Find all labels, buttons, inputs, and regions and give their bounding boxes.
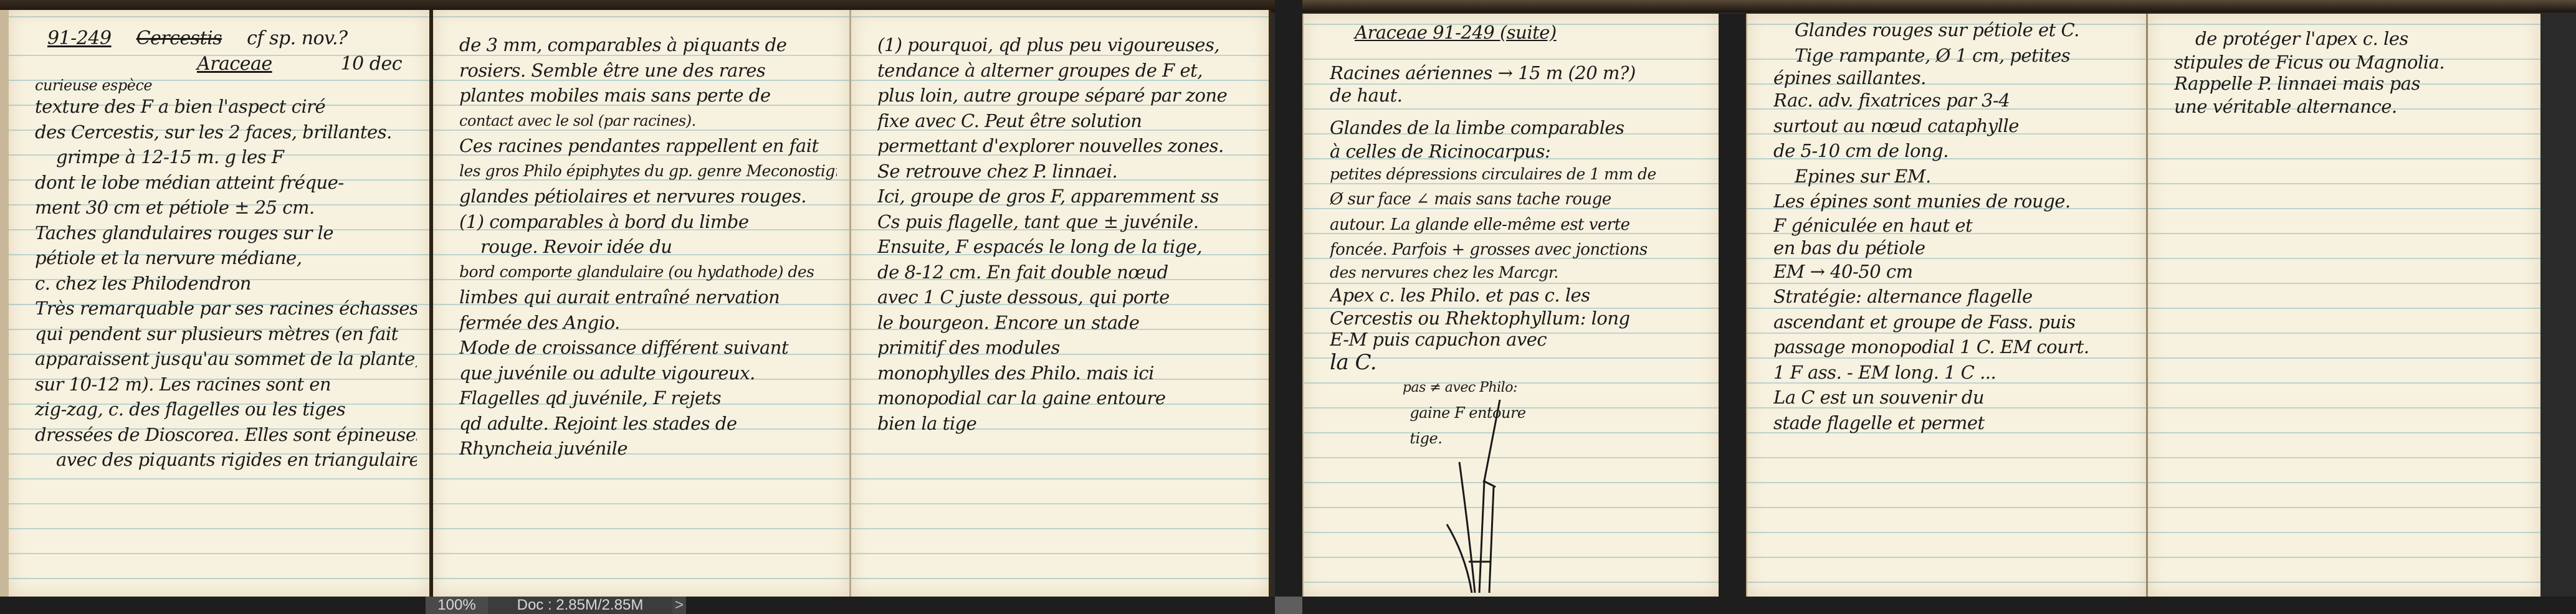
note-line: avec 1 C juste dessous, qui porte	[877, 285, 1256, 310]
note-line: gaine F entoure	[1330, 400, 1706, 426]
note-line: Ces racines pendantes rappellent en fait	[459, 133, 837, 159]
note-line: autour. La glande elle-même est verte	[1330, 212, 1706, 238]
note-line: fermée des Angio.	[459, 310, 837, 336]
note-line: texture des F a bien l'aspect ciré	[35, 94, 417, 120]
inner-window-gap	[1719, 14, 1746, 597]
note-line: Taches glandulaires rouges sur le	[35, 220, 417, 246]
image-viewer-window-2: Araceae 91-249 (suite) Racines aériennes…	[1302, 0, 2576, 614]
scrollbar-thumb[interactable]	[1275, 597, 1302, 614]
note-line: Racines aériennes → 15 m (20 m?)	[1330, 60, 1706, 86]
note-line: Stratégie: alternance flagelle	[1773, 284, 2134, 309]
note-line: Epines sur EM.	[1773, 164, 2134, 189]
note-line: le bourgeon. Encore un stade	[877, 310, 1256, 336]
note-line: de 3 mm, comparables à piquants de	[459, 32, 837, 58]
note-line: pétiole et la nervure médiane,	[35, 245, 417, 271]
note-line: foncée. Parfois + grosses avec jonctions	[1330, 237, 1706, 263]
note-line: que juvénile ou adulte vigoureux.	[459, 361, 837, 386]
note-line: glandes pétiolaires et nervures rouges.	[459, 184, 837, 209]
note-line: surtout au nœud cataphylle	[1773, 113, 2134, 139]
note-line: La C est un souvenir du	[1773, 385, 2134, 410]
note-line: Très remarquable par ses racines échasse…	[35, 296, 417, 321]
page-header-row-2: Araceae 10 dec	[35, 52, 417, 77]
note-line: stade flagelle et permet	[1773, 410, 2134, 436]
note-line: plantes mobiles mais sans perte de	[459, 83, 837, 108]
note-line: EM → 40-50 cm	[1773, 259, 2134, 285]
note-line: dressées de Dioscorea. Elles sont épineu…	[35, 422, 417, 448]
note-line: bien la tige	[877, 411, 1256, 437]
note-line: ment 30 cm et pétiole ± 25 cm.	[35, 195, 417, 220]
notebook-spread-2: Araceae 91-249 (suite) Racines aériennes…	[1302, 14, 2576, 597]
note-line: pas ≠ avec Philo:	[1330, 375, 1706, 401]
note-line: en bas du pétiole	[1773, 237, 2134, 259]
note-line: Rhyncheia juvénile	[459, 436, 837, 461]
note-line: Mode de croissance différent suivant	[459, 335, 837, 361]
note-line: curieuse espèce	[35, 77, 417, 94]
note-line: Glandes rouges sur pétiole et C.	[1773, 17, 2134, 43]
note-line: permettant d'explorer nouvelles zones.	[877, 133, 1256, 159]
status-bar-right-fill	[799, 597, 1275, 614]
note-line: grimpe à 12-15 m. g les F	[35, 144, 417, 170]
note-line: apparaissent jusqu'au sommet de la plant…	[35, 346, 417, 372]
notebook-page-5: Glandes rouges sur pétiole et C. Tige ra…	[1746, 14, 2146, 597]
note-line: Ø sur face ∠ mais sans tache rouge	[1330, 187, 1706, 212]
note-line: contact avec le sol (par racines).	[459, 108, 837, 134]
notebook-binding-strip	[1302, 0, 2576, 12]
species-note: cf sp. nov.?	[247, 26, 348, 52]
note-line: la C.	[1330, 350, 1706, 375]
note-line: dont le lobe médian atteint fréque-	[35, 170, 417, 196]
note-line: une véritable alternance.	[2174, 94, 2528, 120]
note-line: 1 F ass. - EM long. 1 C ...	[1773, 360, 2134, 385]
note-line: ascendant et groupe de Fass. puis	[1773, 309, 2134, 335]
note-line: fixe avec C. Peut être solution	[877, 108, 1256, 134]
note-line: c. chez les Philodendron	[35, 271, 417, 296]
notebook-page-3: (1) pourquoi, qd plus peu vigoureuses, t…	[849, 10, 1271, 597]
note-line: sur 10-12 m). Les racines sont en	[35, 372, 417, 397]
window-gap	[1275, 0, 1302, 614]
note-line: avec des piquants rigides en triangulair…	[35, 447, 417, 473]
status-bar: 100% Doc : 2.85M/2.85M >	[426, 597, 799, 614]
note-line: (1) comparables à bord du limbe	[459, 209, 837, 235]
notebook-page-1: 91-249 Cercestis cf sp. nov.? Araceae 10…	[0, 10, 429, 597]
note-line: Rac. adv. fixatrices par 3-4	[1773, 88, 2134, 113]
note-line: monophylles des Philo. mais ici	[877, 361, 1256, 386]
note-line: rouge. Revoir idée du	[459, 234, 837, 260]
note-line: Glandes de la limbe comparables	[1330, 115, 1706, 141]
note-line: Se retrouve chez P. linnaei.	[877, 159, 1256, 184]
image-viewer-window-1: 91-249 Cercestis cf sp. nov.? Araceae 10…	[0, 0, 1275, 614]
note-line: Ensuite, F espacés le long de la tige,	[877, 234, 1256, 260]
entry-date: 10 dec	[297, 52, 402, 77]
notebook-page-4: Araceae 91-249 (suite) Racines aériennes…	[1302, 14, 1719, 597]
note-line: E-M puis capuchon avec	[1330, 329, 1706, 350]
note-line: rosiers. Semble être une des rares	[459, 58, 837, 83]
note-line: qd adulte. Rejoint les stades de	[459, 411, 837, 437]
note-line: bord comporte glandulaire (ou hydathode)…	[459, 260, 837, 285]
stem-sketch-drawing	[1441, 394, 1515, 593]
note-line: petites dépressions circulaires de 1 mm …	[1330, 162, 1706, 187]
status-bar	[1302, 597, 2576, 614]
note-line: zig-zag, c. des flagelles ou les tiges	[35, 397, 417, 422]
note-line: Ici, groupe de gros F, apparemment ss	[877, 184, 1256, 209]
status-bar-left-fill	[0, 597, 426, 614]
note-line: épines saillantes.	[1773, 68, 2134, 88]
note-line: des nervures chez les Marcgr.	[1330, 263, 1706, 283]
note-line: à celles de Ricinocarpus:	[1330, 141, 1706, 162]
note-line: des Cercestis, sur les 2 faces, brillant…	[35, 120, 417, 145]
note-line: (1) pourquoi, qd plus peu vigoureuses,	[877, 32, 1256, 58]
note-line: monopodial car la gaine entoure	[877, 385, 1256, 411]
page-header: 91-249 Cercestis cf sp. nov.?	[35, 26, 417, 52]
note-line: de haut.	[1330, 85, 1706, 105]
notebook-page-2: de 3 mm, comparables à piquants de rosie…	[429, 10, 849, 597]
note-line: les gros Philo épiphytes du gp. genre Me…	[459, 159, 837, 184]
document-size: Doc : 2.85M/2.85M	[488, 597, 672, 614]
note-line: Rappelle P. linnaei mais pas	[2174, 73, 2528, 94]
note-line: Apex c. les Philo. et pas c. les	[1330, 283, 1706, 308]
note-line: tige.	[1330, 426, 1706, 451]
page-title: Araceae 91-249 (suite)	[1330, 20, 1706, 45]
status-menu-arrow-icon[interactable]: >	[672, 597, 686, 614]
family-name: Araceae	[197, 52, 272, 77]
specimen-code: 91-249	[47, 26, 112, 52]
note-line: F géniculée en haut et	[1773, 214, 2134, 237]
note-line: de protéger l'apex c. les	[2174, 26, 2528, 52]
note-line: tendance à alterner groupes de F et,	[877, 58, 1256, 83]
note-line: Cercestis ou Rhektophyllum: long	[1330, 308, 1706, 329]
note-line: limbes qui aurait entraîné nervation	[459, 285, 837, 310]
note-line: de 5-10 cm de long.	[1773, 138, 2134, 164]
note-line: stipules de Ficus ou Magnolia.	[2174, 52, 2528, 73]
note-line: passage monopodial 1 C. EM court.	[1773, 334, 2134, 360]
note-line: Les épines sont munies de rouge.	[1773, 189, 2134, 214]
note-line: Cs puis flagelle, tant que ± juvénile.	[877, 209, 1256, 235]
note-line: plus loin, autre groupe séparé par zone	[877, 83, 1256, 108]
struck-genus: Cercestis	[136, 26, 222, 52]
note-line: qui pendent sur plusieurs mètres (en fai…	[35, 321, 417, 347]
notebook-page-6: de protéger l'apex c. les stipules de Fi…	[2146, 14, 2540, 597]
note-line: de 8-12 cm. En fait double nœud	[877, 260, 1256, 285]
note-line: Flagelles qd juvénile, F rejets	[459, 385, 837, 411]
zoom-level[interactable]: 100%	[426, 597, 488, 614]
note-line: primitif des modules	[877, 335, 1256, 361]
note-line: Tige rampante, Ø 1 cm, petites	[1773, 43, 2134, 68]
notebook-spread-1: 91-249 Cercestis cf sp. nov.? Araceae 10…	[0, 10, 1275, 597]
